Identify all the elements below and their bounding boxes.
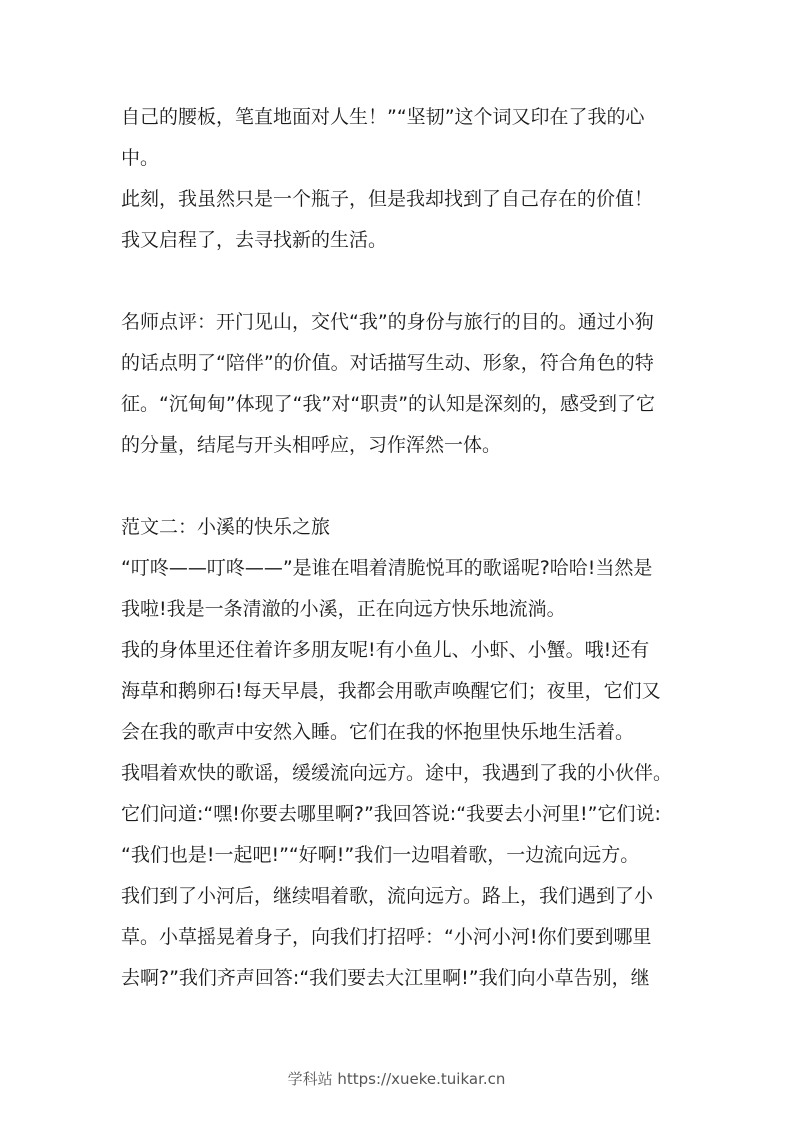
text-line: “我们也是!一起吧!”“好啊!”我们一边唱着歌，一边流向远方。: [121, 835, 681, 876]
text-line: 我啦!我是一条清澈的小溪，正在向远方快乐地流淌。: [121, 589, 681, 630]
text-line: 我们到了小河后，继续唱着歌，流向远方。路上，我们遇到了小: [121, 876, 681, 917]
text-line: 我的身体里还住着许多朋友呢!有小鱼儿、小虾、小蟹。哦!还有: [121, 630, 681, 671]
page-footer: 学科站 https://xueke.tuikar.cn: [0, 1068, 793, 1089]
document-body: 自己的腰板，笔直地面对人生！”“坚韧”这个词又印在了我的心 中。 此刻，我虽然只…: [121, 97, 681, 999]
section-title: 范文二：小溪的快乐之旅: [121, 507, 681, 548]
text-line: 海草和鹅卵石!每天早晨，我都会用歌声唤醒它们；夜里，它们又: [121, 671, 681, 712]
text-line: 去啊?”我们齐声回答:“我们要去大江里啊!”我们向小草告别，继: [121, 958, 681, 999]
text-line: 自己的腰板，笔直地面对人生！”“坚韧”这个词又印在了我的心: [121, 97, 681, 138]
text-line: 会在我的歌声中安然入睡。它们在我的怀抱里快乐地生活着。: [121, 712, 681, 753]
text-line: “叮咚——叮咚——”是谁在唱着清脆悦耳的歌谣呢?哈哈!当然是: [121, 548, 681, 589]
commentary-line: 征。“沉甸甸”体现了“我”对“职责”的认知是深刻的，感受到了它: [121, 384, 681, 425]
text-line: 草。小草摇晃着身子，向我们打招呼：“小河小河!你们要到哪里: [121, 917, 681, 958]
text-line: 我唱着欢快的歌谣，缓缓流向远方。途中，我遇到了我的小伙伴。: [121, 753, 681, 794]
commentary-line: 的话点明了“陪伴”的价值。对话描写生动、形象，符合角色的特: [121, 343, 681, 384]
blank-line: [121, 466, 681, 507]
commentary-line: 的分量，结尾与开头相呼应，习作浑然一体。: [121, 425, 681, 466]
text-line: 我又启程了，去寻找新的生活。: [121, 220, 681, 261]
blank-line: [121, 261, 681, 302]
text-line: 中。: [121, 138, 681, 179]
text-line: 此刻，我虽然只是一个瓶子，但是我却找到了自己存在的价值！: [121, 179, 681, 220]
commentary-line: 名师点评：开门见山，交代“我”的身份与旅行的目的。通过小狗: [121, 302, 681, 343]
text-line: 它们问道:“嘿!你要去哪里啊?”我回答说:“我要去小河里!”它们说:: [121, 794, 681, 835]
